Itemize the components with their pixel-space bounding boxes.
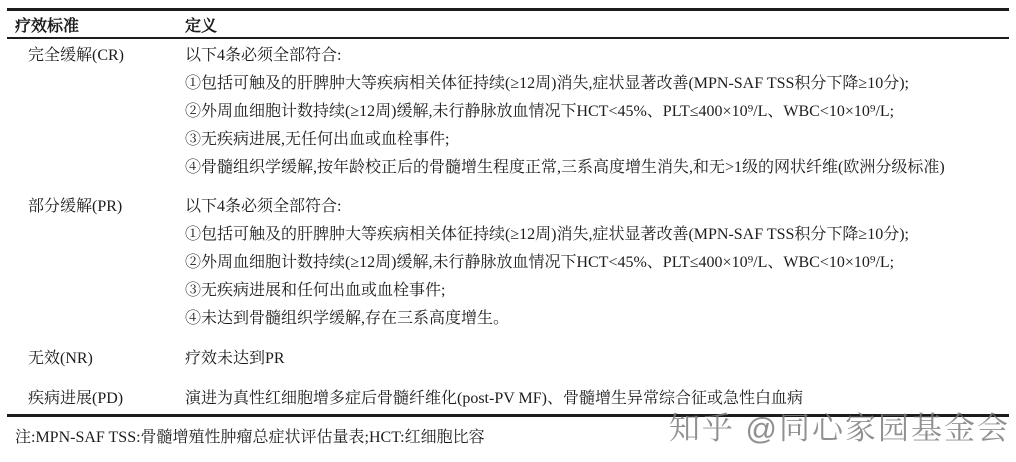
criterion-label-pr: 部分缓解(PR) — [7, 193, 185, 333]
criterion-label-cr: 完全缓解(CR) — [7, 42, 185, 182]
criterion-label-nr: 无效(NR) — [7, 345, 185, 373]
definition-line: ②外周血细胞计数持续(≥12周)缓解,未行静脉放血情况下HCT<45%、PLT≤… — [185, 249, 1009, 277]
definition-line: ④未达到骨髓组织学缓解,存在三系高度增生。 — [185, 305, 1009, 333]
definition-cell-pr: 以下4条必须全部符合: ①包括可触及的肝脾肿大等疾病相关体征持续(≥12周)消失… — [185, 193, 1009, 333]
definition-line: ③无疾病进展和任何出血或血栓事件; — [185, 277, 1009, 305]
definition-cell-nr: 疗效未达到PR — [185, 345, 1009, 373]
definition-line: 疗效未达到PR — [185, 345, 1009, 373]
efficacy-criteria-table: 疗效标准 定义 完全缓解(CR) 以下4条必须全部符合: ①包括可触及的肝脾肿大… — [7, 8, 1009, 417]
definition-line: ①包括可触及的肝脾肿大等疾病相关体征持续(≥12周)消失,症状显著改善(MPN-… — [185, 221, 1009, 249]
document-page: 疗效标准 定义 完全缓解(CR) 以下4条必须全部符合: ①包括可触及的肝脾肿大… — [0, 0, 1016, 462]
table-header-row: 疗效标准 定义 — [7, 11, 1009, 39]
header-definition: 定义 — [185, 13, 1009, 36]
table-row-complete-remission: 完全缓解(CR) 以下4条必须全部符合: ①包括可触及的肝脾肿大等疾病相关体征持… — [7, 39, 1009, 182]
definition-line: ③无疾病进展,无任何出血或血栓事件; — [185, 126, 1009, 154]
criterion-label-pd: 疾病进展(PD) — [7, 385, 185, 413]
table-row-partial-remission: 部分缓解(PR) 以下4条必须全部符合: ①包括可触及的肝脾肿大等疾病相关体征持… — [7, 193, 1009, 333]
table-row-no-response: 无效(NR) 疗效未达到PR — [7, 345, 1009, 373]
definition-line: 以下4条必须全部符合: — [185, 42, 1009, 70]
header-criterion: 疗效标准 — [7, 13, 185, 36]
definition-line: ②外周血细胞计数持续(≥12周)缓解,未行静脉放血情况下HCT<45%、PLT≤… — [185, 98, 1009, 126]
definition-cell-cr: 以下4条必须全部符合: ①包括可触及的肝脾肿大等疾病相关体征持续(≥12周)消失… — [185, 42, 1009, 182]
definition-line: 以下4条必须全部符合: — [185, 193, 1009, 221]
definition-line: ①包括可触及的肝脾肿大等疾病相关体征持续(≥12周)消失,症状显著改善(MPN-… — [185, 70, 1009, 98]
watermark: 知乎 @同心家园基金会 — [669, 403, 1010, 448]
definition-line: ④骨髓组织学缓解,按年龄校正后的骨髓增生程度正常,三系高度增生消失,和无>1级的… — [185, 154, 1009, 182]
